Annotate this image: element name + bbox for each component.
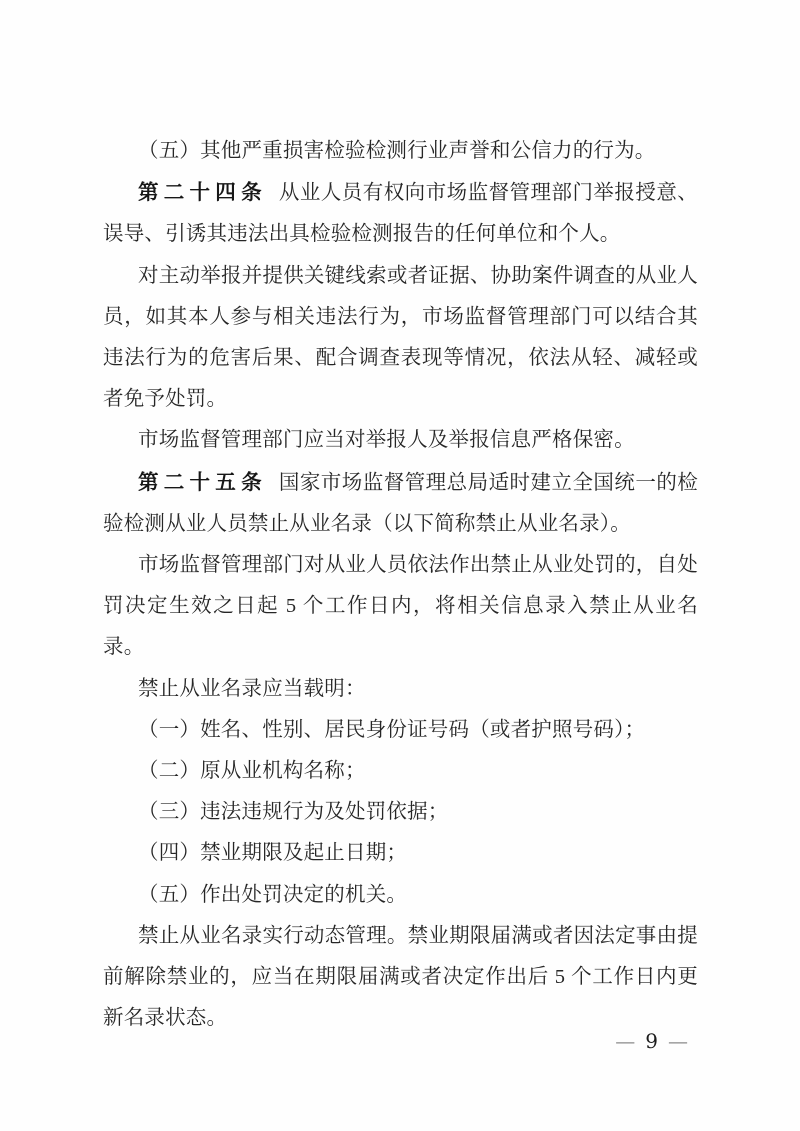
paragraph: （四）禁业期限及起止日期；	[103, 833, 698, 874]
paragraph-text: （一）姓名、性别、居民身份证号码（或者护照号码）；	[138, 719, 645, 741]
paragraph: （三）违法违规行为及处罚依据；	[103, 792, 698, 833]
footer-dash-right: —	[668, 1029, 688, 1053]
paragraph-text: 禁止从业名录应当载明：	[138, 678, 366, 700]
article-number: 第二十五条	[138, 471, 267, 494]
footer-dash-left: —	[615, 1029, 635, 1053]
paragraph: 禁止从业名录实行动态管理。禁业期限届满或者因法定事由提前解除禁业的，应当在期限届…	[103, 916, 698, 1040]
paragraph: （一）姓名、性别、居民身份证号码（或者护照号码）；	[103, 710, 698, 751]
paragraph: （五）作出处罚决定的机关。	[103, 875, 698, 916]
article-number: 第二十四条	[138, 181, 267, 204]
paragraph-text: 对主动举报并提供关键线索或者证据、协助案件调查的从业人员，如其本人参与相关违法行…	[103, 265, 698, 411]
paragraph-text: （二）原从业机构名称；	[138, 760, 366, 782]
document-page: （五）其他严重损害检验检测行业声誉和公信力的行为。第二十四条从业人员有权向市场监…	[0, 0, 800, 1131]
paragraph-text: （四）禁业期限及起止日期；	[138, 842, 407, 864]
page-number: 9	[645, 1029, 658, 1053]
paragraph-text: （五）作出处罚决定的机关。	[138, 884, 407, 906]
paragraph: 第二十五条国家市场监督管理总局适时建立全国统一的检验检测从业人员禁止从业名录（以…	[103, 462, 698, 545]
document-body: （五）其他严重损害检验检测行业声誉和公信力的行为。第二十四条从业人员有权向市场监…	[103, 131, 698, 1039]
paragraph-text: 市场监督管理部门应当对举报人及举报信息严格保密。	[138, 429, 635, 451]
paragraph: 禁止从业名录应当载明：	[103, 669, 698, 710]
paragraph: （五）其他严重损害检验检测行业声誉和公信力的行为。	[103, 131, 698, 172]
page-footer: —9—	[615, 1027, 688, 1055]
paragraph: 对主动举报并提供关键线索或者证据、协助案件调查的从业人员，如其本人参与相关违法行…	[103, 256, 698, 421]
paragraph-text: 市场监督管理部门对从业人员依法作出禁止从业处罚的，自处罚决定生效之日起 5 个工…	[103, 554, 698, 658]
paragraph: 第二十四条从业人员有权向市场监督管理部门举报授意、误导、引诱其违法出具检验检测报…	[103, 172, 698, 255]
paragraph-text: （三）违法违规行为及处罚依据；	[138, 801, 449, 823]
paragraph: 市场监督管理部门对从业人员依法作出禁止从业处罚的，自处罚决定生效之日起 5 个工…	[103, 545, 698, 669]
paragraph: （二）原从业机构名称；	[103, 751, 698, 792]
paragraph: 市场监督管理部门应当对举报人及举报信息严格保密。	[103, 420, 698, 461]
paragraph-text: 禁止从业名录实行动态管理。禁业期限届满或者因法定事由提前解除禁业的，应当在期限届…	[103, 925, 698, 1029]
paragraph-text: （五）其他严重损害检验检测行业声誉和公信力的行为。	[138, 140, 656, 162]
